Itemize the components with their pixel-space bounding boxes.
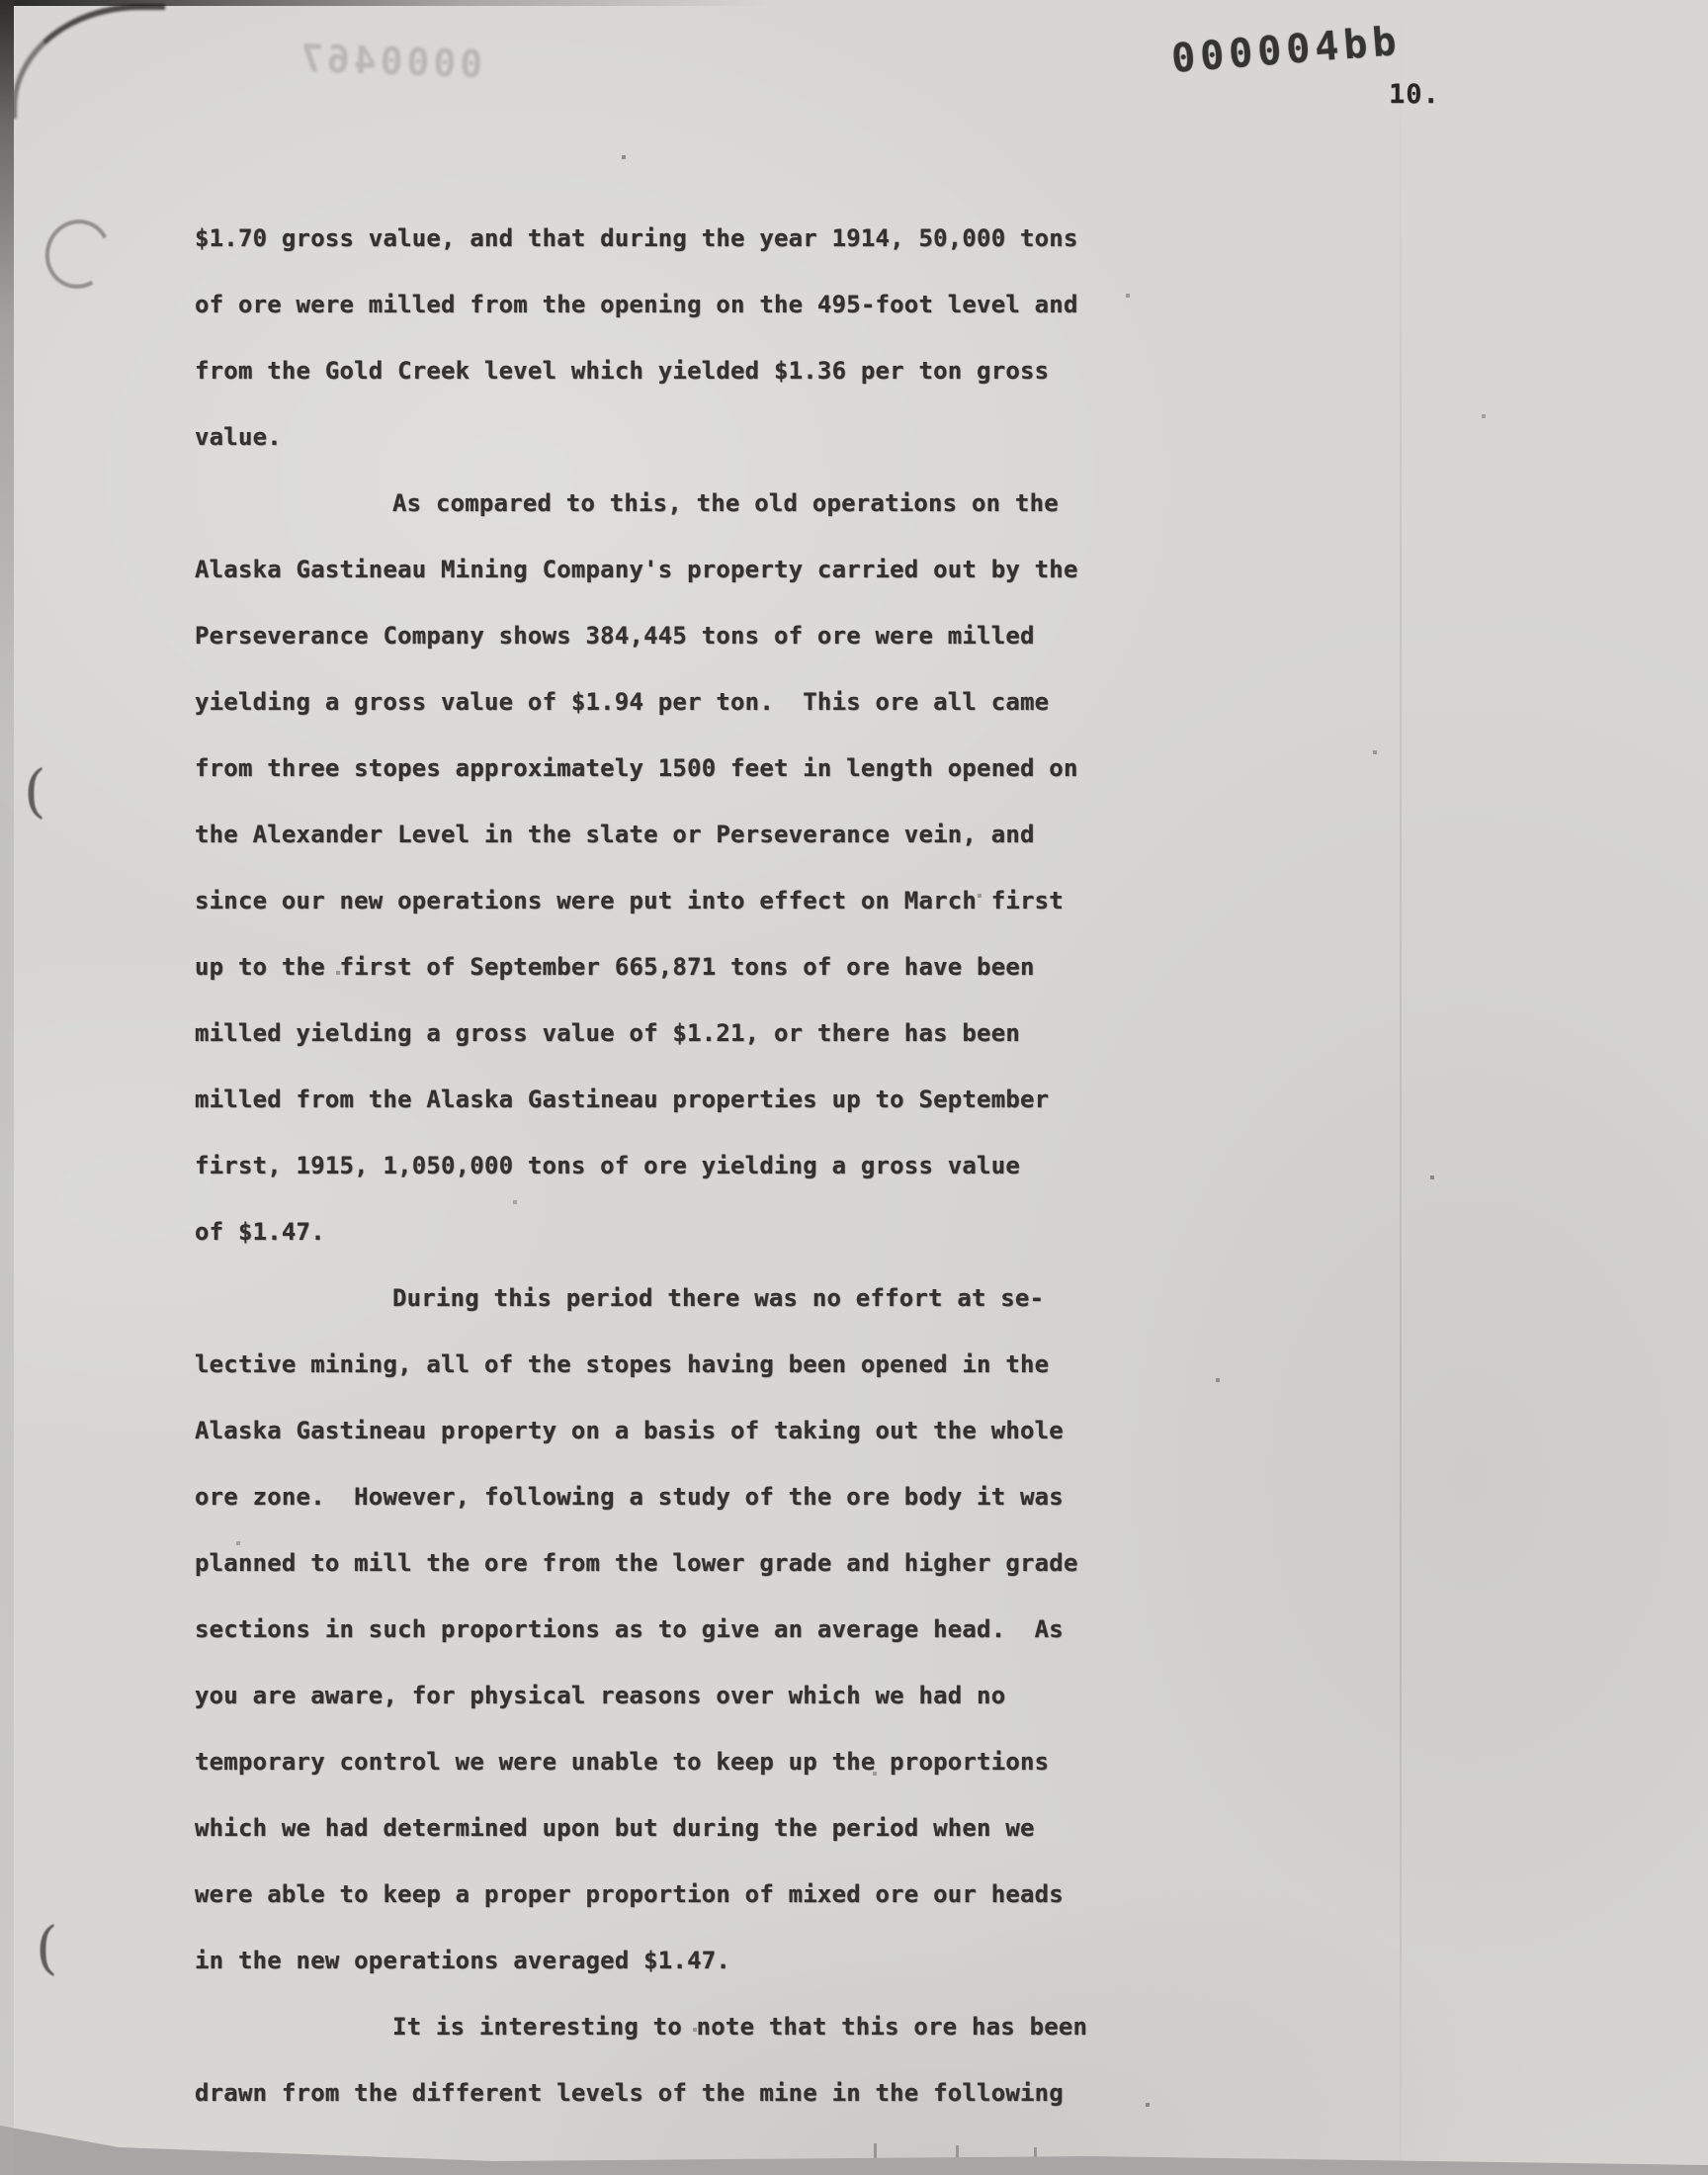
scanned-document: 0000467 000004bb 10. ( ( $1.70 gross val… bbox=[0, 0, 1708, 2175]
text-line: of ore were milled from the opening on t… bbox=[195, 272, 1114, 338]
bleedthrough-stamp-number: 0000467 bbox=[296, 37, 483, 87]
text-line: you are aware, for physical reasons over… bbox=[195, 1663, 1114, 1729]
text-line: in the new operations averaged $1.47. bbox=[195, 1928, 1114, 1994]
scan-bottom-artifact bbox=[956, 2145, 959, 2175]
text-line: milled from the Alaska Gastineau propert… bbox=[195, 1067, 1114, 1133]
text-line: were able to keep a proper proportion of… bbox=[195, 1862, 1114, 1928]
text-line: planned to mill the ore from the lower g… bbox=[195, 1530, 1114, 1597]
scan-bottom-artifact bbox=[874, 2143, 877, 2175]
paper-sheet: 0000467 000004bb 10. ( ( $1.70 gross val… bbox=[0, 0, 1708, 2175]
text-line: temporary control we were unable to keep… bbox=[195, 1729, 1114, 1795]
paper-crease bbox=[1400, 0, 1402, 2175]
text-line: As compared to this, the old operations … bbox=[195, 471, 1114, 537]
scan-bottom-artifact bbox=[1034, 2147, 1037, 2175]
stamp-number: 000004bb bbox=[1170, 19, 1404, 82]
text-line: up to the first of September 665,871 ton… bbox=[195, 934, 1114, 1000]
paragraph: As compared to this, the old operations … bbox=[195, 471, 1114, 1265]
paragraph: It is interesting to note that this ore … bbox=[195, 1994, 1114, 2127]
scan-bottom-artifact bbox=[308, 2161, 311, 2175]
text-line: of $1.47. bbox=[195, 1199, 1114, 1265]
paragraph: During this period there was no effort a… bbox=[195, 1265, 1114, 1994]
text-line: first, 1915, 1,050,000 tons of ore yield… bbox=[195, 1133, 1114, 1199]
text-line: Alaska Gastineau property on a basis of … bbox=[195, 1398, 1114, 1464]
margin-paren-mark: ( bbox=[36, 1914, 58, 1981]
text-line: Alaska Gastineau Mining Company's proper… bbox=[195, 537, 1114, 603]
text-line: sections in such proportions as to give … bbox=[195, 1597, 1114, 1663]
text-line: ore zone. However, following a study of … bbox=[195, 1464, 1114, 1530]
text-line: value. bbox=[195, 404, 1114, 471]
scan-bottom-artifact bbox=[289, 2160, 292, 2175]
ring-stain-mark bbox=[38, 212, 120, 296]
text-line: milled yielding a gross value of $1.21, … bbox=[195, 1000, 1114, 1067]
text-line: During this period there was no effort a… bbox=[195, 1265, 1114, 1332]
text-line: the Alexander Level in the slate or Pers… bbox=[195, 802, 1114, 868]
text-line: yielding a gross value of $1.94 per ton.… bbox=[195, 669, 1114, 736]
margin-paren-mark: ( bbox=[24, 757, 46, 825]
text-line: which we had determined upon but during … bbox=[195, 1795, 1114, 1862]
typewritten-text-block: $1.70 gross value, and that during the y… bbox=[195, 206, 1114, 2127]
page-number: 10. bbox=[1389, 79, 1440, 110]
paragraph: $1.70 gross value, and that during the y… bbox=[195, 206, 1114, 471]
text-line: from three stopes approximately 1500 fee… bbox=[195, 736, 1114, 802]
text-line: lective mining, all of the stopes having… bbox=[195, 1332, 1114, 1398]
page-curl-mark bbox=[12, 4, 165, 119]
text-line: It is interesting to note that this ore … bbox=[195, 1994, 1114, 2060]
scan-left-edge-shadow bbox=[0, 0, 14, 2175]
text-line: Perseverance Company shows 384,445 tons … bbox=[195, 603, 1114, 669]
text-line: drawn from the different levels of the m… bbox=[195, 2060, 1114, 2127]
text-line: from the Gold Creek level which yielded … bbox=[195, 338, 1114, 404]
text-line: since our new operations were put into e… bbox=[195, 868, 1114, 934]
text-line: $1.70 gross value, and that during the y… bbox=[195, 206, 1114, 272]
